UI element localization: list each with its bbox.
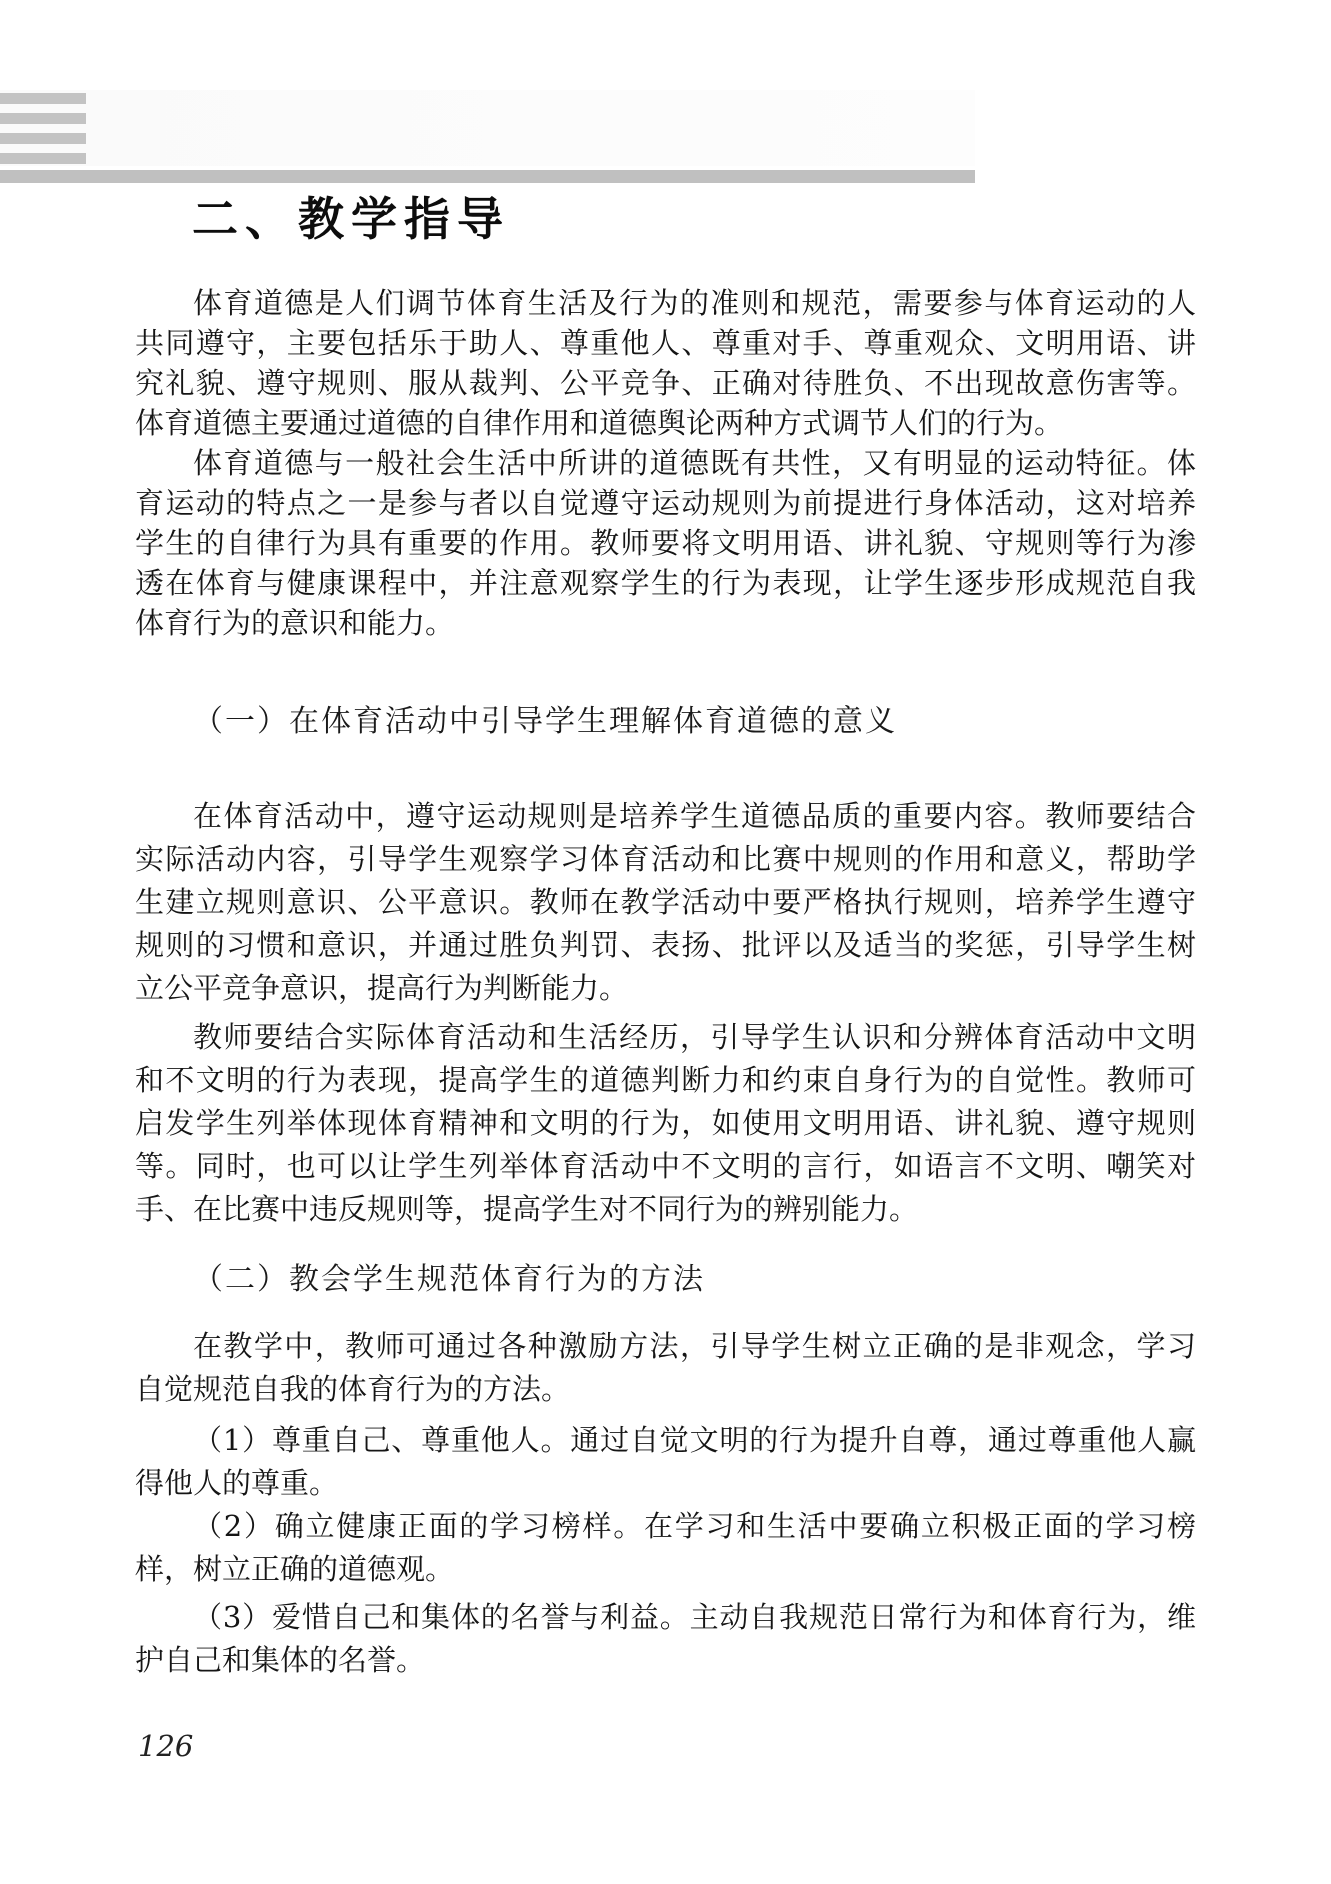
text-line: 体育道德主要通过道德的自律作用和道德舆论两种方式调节人们的行为。	[135, 403, 1196, 443]
document-page: 二、教学指导 体育道德是人们调节体育生活及行为的准则和规范，需要参与体育运动的人…	[0, 0, 1331, 1884]
list-item: （2）确立健康正面的学习榜样。在学习和生活中要确立积极正面的学习榜 样，树立正确…	[135, 1505, 1196, 1591]
text-line: 透在体育与健康课程中，并注意观察学生的行为表现，让学生逐步形成规范自我	[135, 563, 1196, 603]
header-panel	[0, 90, 975, 166]
list-item: （3）爱惜自己和集体的名誉与利益。主动自我规范日常行为和体育行为，维 护自己和集…	[135, 1596, 1196, 1682]
text-line: 共同遵守，主要包括乐于助人、尊重他人、尊重对手、尊重观众、文明用语、讲	[135, 323, 1196, 363]
list-item: （1）尊重自己、尊重他人。通过自觉文明的行为提升自尊，通过尊重他人赢 得他人的尊…	[135, 1419, 1196, 1505]
text-line: 样，树立正确的道德观。	[135, 1548, 1196, 1591]
text-line: 立公平竞争意识，提高行为判断能力。	[135, 967, 1196, 1010]
deco-bar-wide	[0, 170, 975, 183]
text-line: 在体育活动中，遵守运动规则是培养学生道德品质的重要内容。教师要结合	[135, 795, 1196, 838]
page-title: 二、教学指导	[192, 183, 510, 249]
text-line: 体育道德与一般社会生活中所讲的道德既有共性，又有明显的运动特征。体	[135, 443, 1196, 483]
text-line: 教师要结合实际体育活动和生活经历，引导学生认识和分辨体育活动中文明	[135, 1016, 1196, 1059]
text-line: （2）确立健康正面的学习榜样。在学习和生活中要确立积极正面的学习榜	[135, 1505, 1196, 1548]
deco-bar	[0, 93, 86, 104]
text-line: （1）尊重自己、尊重他人。通过自觉文明的行为提升自尊，通过尊重他人赢	[135, 1419, 1196, 1462]
text-line: 体育行为的意识和能力。	[135, 603, 1196, 643]
text-line: 等。同时，也可以让学生列举体育活动中不文明的言行，如语言不文明、嘲笑对	[135, 1145, 1196, 1188]
deco-bar	[0, 113, 86, 124]
page-number: 126	[138, 1729, 193, 1763]
text-line: 得他人的尊重。	[135, 1462, 1196, 1505]
text-line: 启发学生列举体现体育精神和文明的行为，如使用文明用语、讲礼貌、遵守规则	[135, 1102, 1196, 1145]
section-heading: （二）教会学生规范体育行为的方法	[135, 1258, 1196, 1302]
text-line: 学生的自律行为具有重要的作用。教师要将文明用语、讲礼貌、守规则等行为渗	[135, 523, 1196, 563]
paragraph: 体育道德与一般社会生活中所讲的道德既有共性，又有明显的运动特征。体 育运动的特点…	[135, 443, 1196, 643]
text-line: 育运动的特点之一是参与者以自觉遵守运动规则为前提进行身体活动，这对培养	[135, 483, 1196, 523]
deco-bar	[0, 153, 86, 164]
paragraph: 体育道德是人们调节体育生活及行为的准则和规范，需要参与体育运动的人 共同遵守，主…	[135, 283, 1196, 443]
text-line: 手、在比赛中违反规则等，提高学生对不同行为的辨别能力。	[135, 1188, 1196, 1231]
text-line: 护自己和集体的名誉。	[135, 1639, 1196, 1682]
text-line: 体育道德是人们调节体育生活及行为的准则和规范，需要参与体育运动的人	[135, 283, 1196, 323]
paragraph: 在体育活动中，遵守运动规则是培养学生道德品质的重要内容。教师要结合 实际活动内容…	[135, 795, 1196, 1010]
text-line: 规则的习惯和意识，并通过胜负判罚、表扬、批评以及适当的奖惩，引导学生树	[135, 924, 1196, 967]
deco-bar	[0, 133, 86, 144]
paragraph: 在教学中，教师可通过各种激励方法，引导学生树立正确的是非观念，学习 自觉规范自我…	[135, 1325, 1196, 1411]
text-line: 自觉规范自我的体育行为的方法。	[135, 1368, 1196, 1411]
paragraph: 教师要结合实际体育活动和生活经历，引导学生认识和分辨体育活动中文明 和不文明的行…	[135, 1016, 1196, 1231]
text-line: 在教学中，教师可通过各种激励方法，引导学生树立正确的是非观念，学习	[135, 1325, 1196, 1368]
text-line: 究礼貌、遵守规则、服从裁判、公平竞争、正确对待胜负、不出现故意伤害等。	[135, 363, 1196, 403]
text-line: 和不文明的行为表现，提高学生的道德判断力和约束自身行为的自觉性。教师可	[135, 1059, 1196, 1102]
text-line: 实际活动内容，引导学生观察学习体育活动和比赛中规则的作用和意义，帮助学	[135, 838, 1196, 881]
section-heading: （一）在体育活动中引导学生理解体育道德的意义	[135, 700, 1196, 744]
text-line: （3）爱惜自己和集体的名誉与利益。主动自我规范日常行为和体育行为，维	[135, 1596, 1196, 1639]
text-line: 生建立规则意识、公平意识。教师在教学活动中要严格执行规则，培养学生遵守	[135, 881, 1196, 924]
